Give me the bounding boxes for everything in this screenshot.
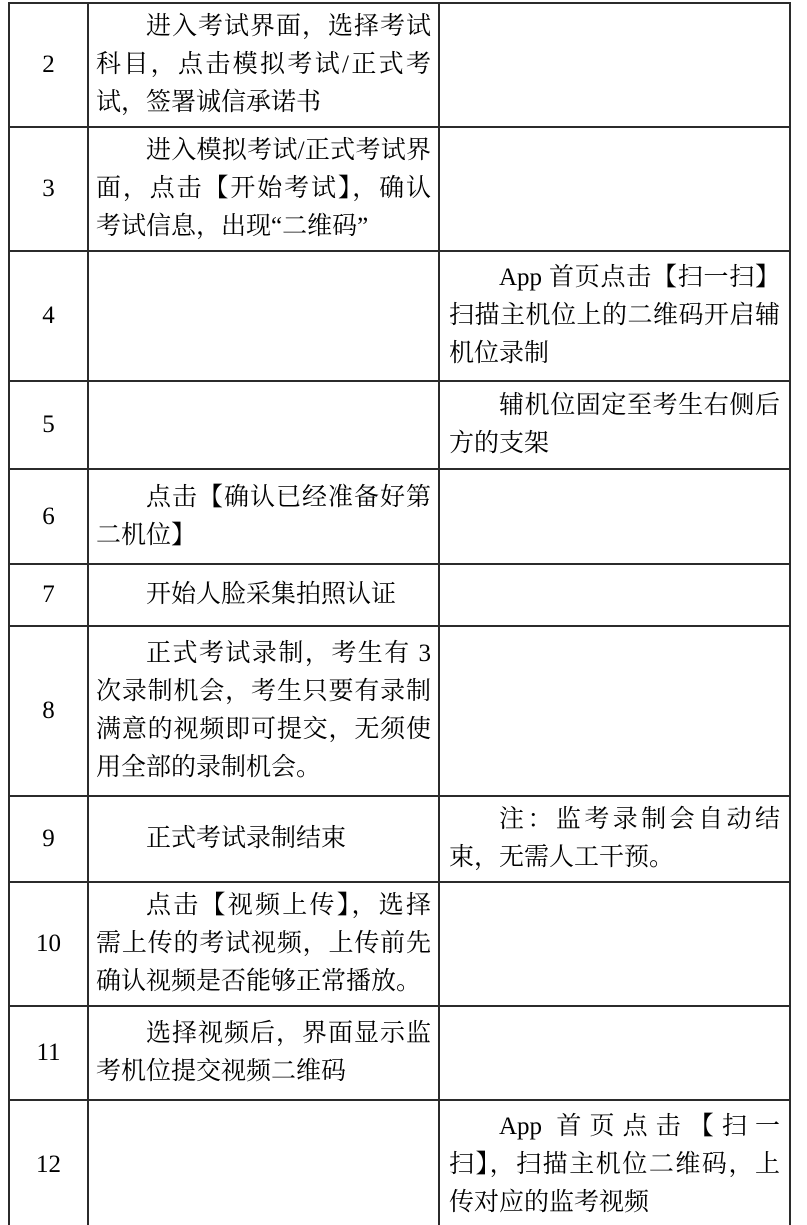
secondary-device-step-cell: App 首页点击【扫一扫】，扫描主机位二维码，上传对应的监考视频 [440,1101,789,1225]
table-row: 8 正式考试录制，考生有 3 次录制机会，考生只要有录制满意的视频即可提交，无须… [10,627,789,797]
step-number: 12 [10,1101,89,1225]
table-row: 7 开始人脸采集拍照认证 [10,565,789,627]
table-row: 9 正式考试录制结束 注：监考录制会自动结束，无需人工干预。 [10,797,789,883]
table-row: 5 辅机位固定至考生右侧后方的支架 [10,382,789,470]
main-device-step-text: 点击【视频上传】，选择需上传的考试视频，上传前先确认视频是否能够正常播放。 [96,887,431,1001]
step-number: 6 [10,470,89,563]
step-number: 2 [10,4,89,126]
main-device-step-text: 正式考试录制，考生有 3 次录制机会，考生只要有录制满意的视频即可提交，无须使用… [96,635,431,787]
step-number: 9 [10,797,89,881]
main-device-step-text: 开始人脸采集拍照认证 [96,576,431,614]
secondary-device-step-text: App 首页点击【扫一扫】扫描主机位上的二维码开启辅机位录制 [449,259,780,373]
table-row: 6 点击【确认已经准备好第二机位】 [10,470,789,565]
main-device-step-cell [89,1101,440,1225]
step-number: 7 [10,565,89,625]
secondary-device-step-cell [440,565,789,625]
step-number: 11 [10,1007,89,1099]
table-row: 12 App 首页点击【扫一扫】，扫描主机位二维码，上传对应的监考视频 [10,1101,789,1225]
main-device-step-cell: 正式考试录制，考生有 3 次录制机会，考生只要有录制满意的视频即可提交，无须使用… [89,627,440,795]
step-number: 8 [10,627,89,795]
table-row: 4 App 首页点击【扫一扫】扫描主机位上的二维码开启辅机位录制 [10,252,789,382]
secondary-device-step-cell: App 首页点击【扫一扫】扫描主机位上的二维码开启辅机位录制 [440,252,789,380]
secondary-device-step-cell [440,128,789,250]
main-device-step-cell: 正式考试录制结束 [89,797,440,881]
main-device-step-cell: 进入模拟考试/正式考试界面，点击【开始考试】，确认考试信息，出现“二维码” [89,128,440,250]
table-row: 3 进入模拟考试/正式考试界面，点击【开始考试】，确认考试信息，出现“二维码” [10,128,789,252]
main-device-step-text: 选择视频后，界面显示监考机位提交视频二维码 [96,1015,431,1091]
main-device-step-cell: 点击【确认已经准备好第二机位】 [89,470,440,563]
secondary-device-step-cell [440,470,789,563]
main-device-step-cell: 点击【视频上传】，选择需上传的考试视频，上传前先确认视频是否能够正常播放。 [89,883,440,1005]
main-device-step-cell [89,382,440,468]
secondary-device-step-text: App 首页点击【扫一扫】，扫描主机位二维码，上传对应的监考视频 [449,1108,780,1222]
secondary-device-step-cell [440,883,789,1005]
step-number: 3 [10,128,89,250]
main-device-step-text: 进入考试界面，选择考试科目，点击模拟考试/正式考试，签署诚信承诺书 [96,8,431,122]
main-device-step-cell: 选择视频后，界面显示监考机位提交视频二维码 [89,1007,440,1099]
table-row: 2 进入考试界面，选择考试科目，点击模拟考试/正式考试，签署诚信承诺书 [10,4,789,128]
secondary-device-step-cell: 辅机位固定至考生右侧后方的支架 [440,382,789,468]
secondary-device-step-cell: 注：监考录制会自动结束，无需人工干预。 [440,797,789,881]
main-device-step-cell: 进入考试界面，选择考试科目，点击模拟考试/正式考试，签署诚信承诺书 [89,4,440,126]
document-page: 2 进入考试界面，选择考试科目，点击模拟考试/正式考试，签署诚信承诺书 3 进入… [0,0,807,1225]
secondary-device-step-cell [440,1007,789,1099]
step-number: 10 [10,883,89,1005]
main-device-step-text: 点击【确认已经准备好第二机位】 [96,479,431,555]
secondary-device-step-text: 注：监考录制会自动结束，无需人工干预。 [449,801,780,877]
step-number: 4 [10,252,89,380]
main-device-step-text: 进入模拟考试/正式考试界面，点击【开始考试】，确认考试信息，出现“二维码” [96,132,431,246]
table-row: 10 点击【视频上传】，选择需上传的考试视频，上传前先确认视频是否能够正常播放。 [10,883,789,1007]
step-number: 5 [10,382,89,468]
secondary-device-step-cell [440,4,789,126]
exam-procedure-table: 2 进入考试界面，选择考试科目，点击模拟考试/正式考试，签署诚信承诺书 3 进入… [8,2,791,1225]
main-device-step-cell [89,252,440,380]
secondary-device-step-text: 辅机位固定至考生右侧后方的支架 [449,387,780,463]
main-device-step-cell: 开始人脸采集拍照认证 [89,565,440,625]
main-device-step-text: 正式考试录制结束 [96,820,431,858]
secondary-device-step-cell [440,627,789,795]
table-row: 11 选择视频后，界面显示监考机位提交视频二维码 [10,1007,789,1101]
